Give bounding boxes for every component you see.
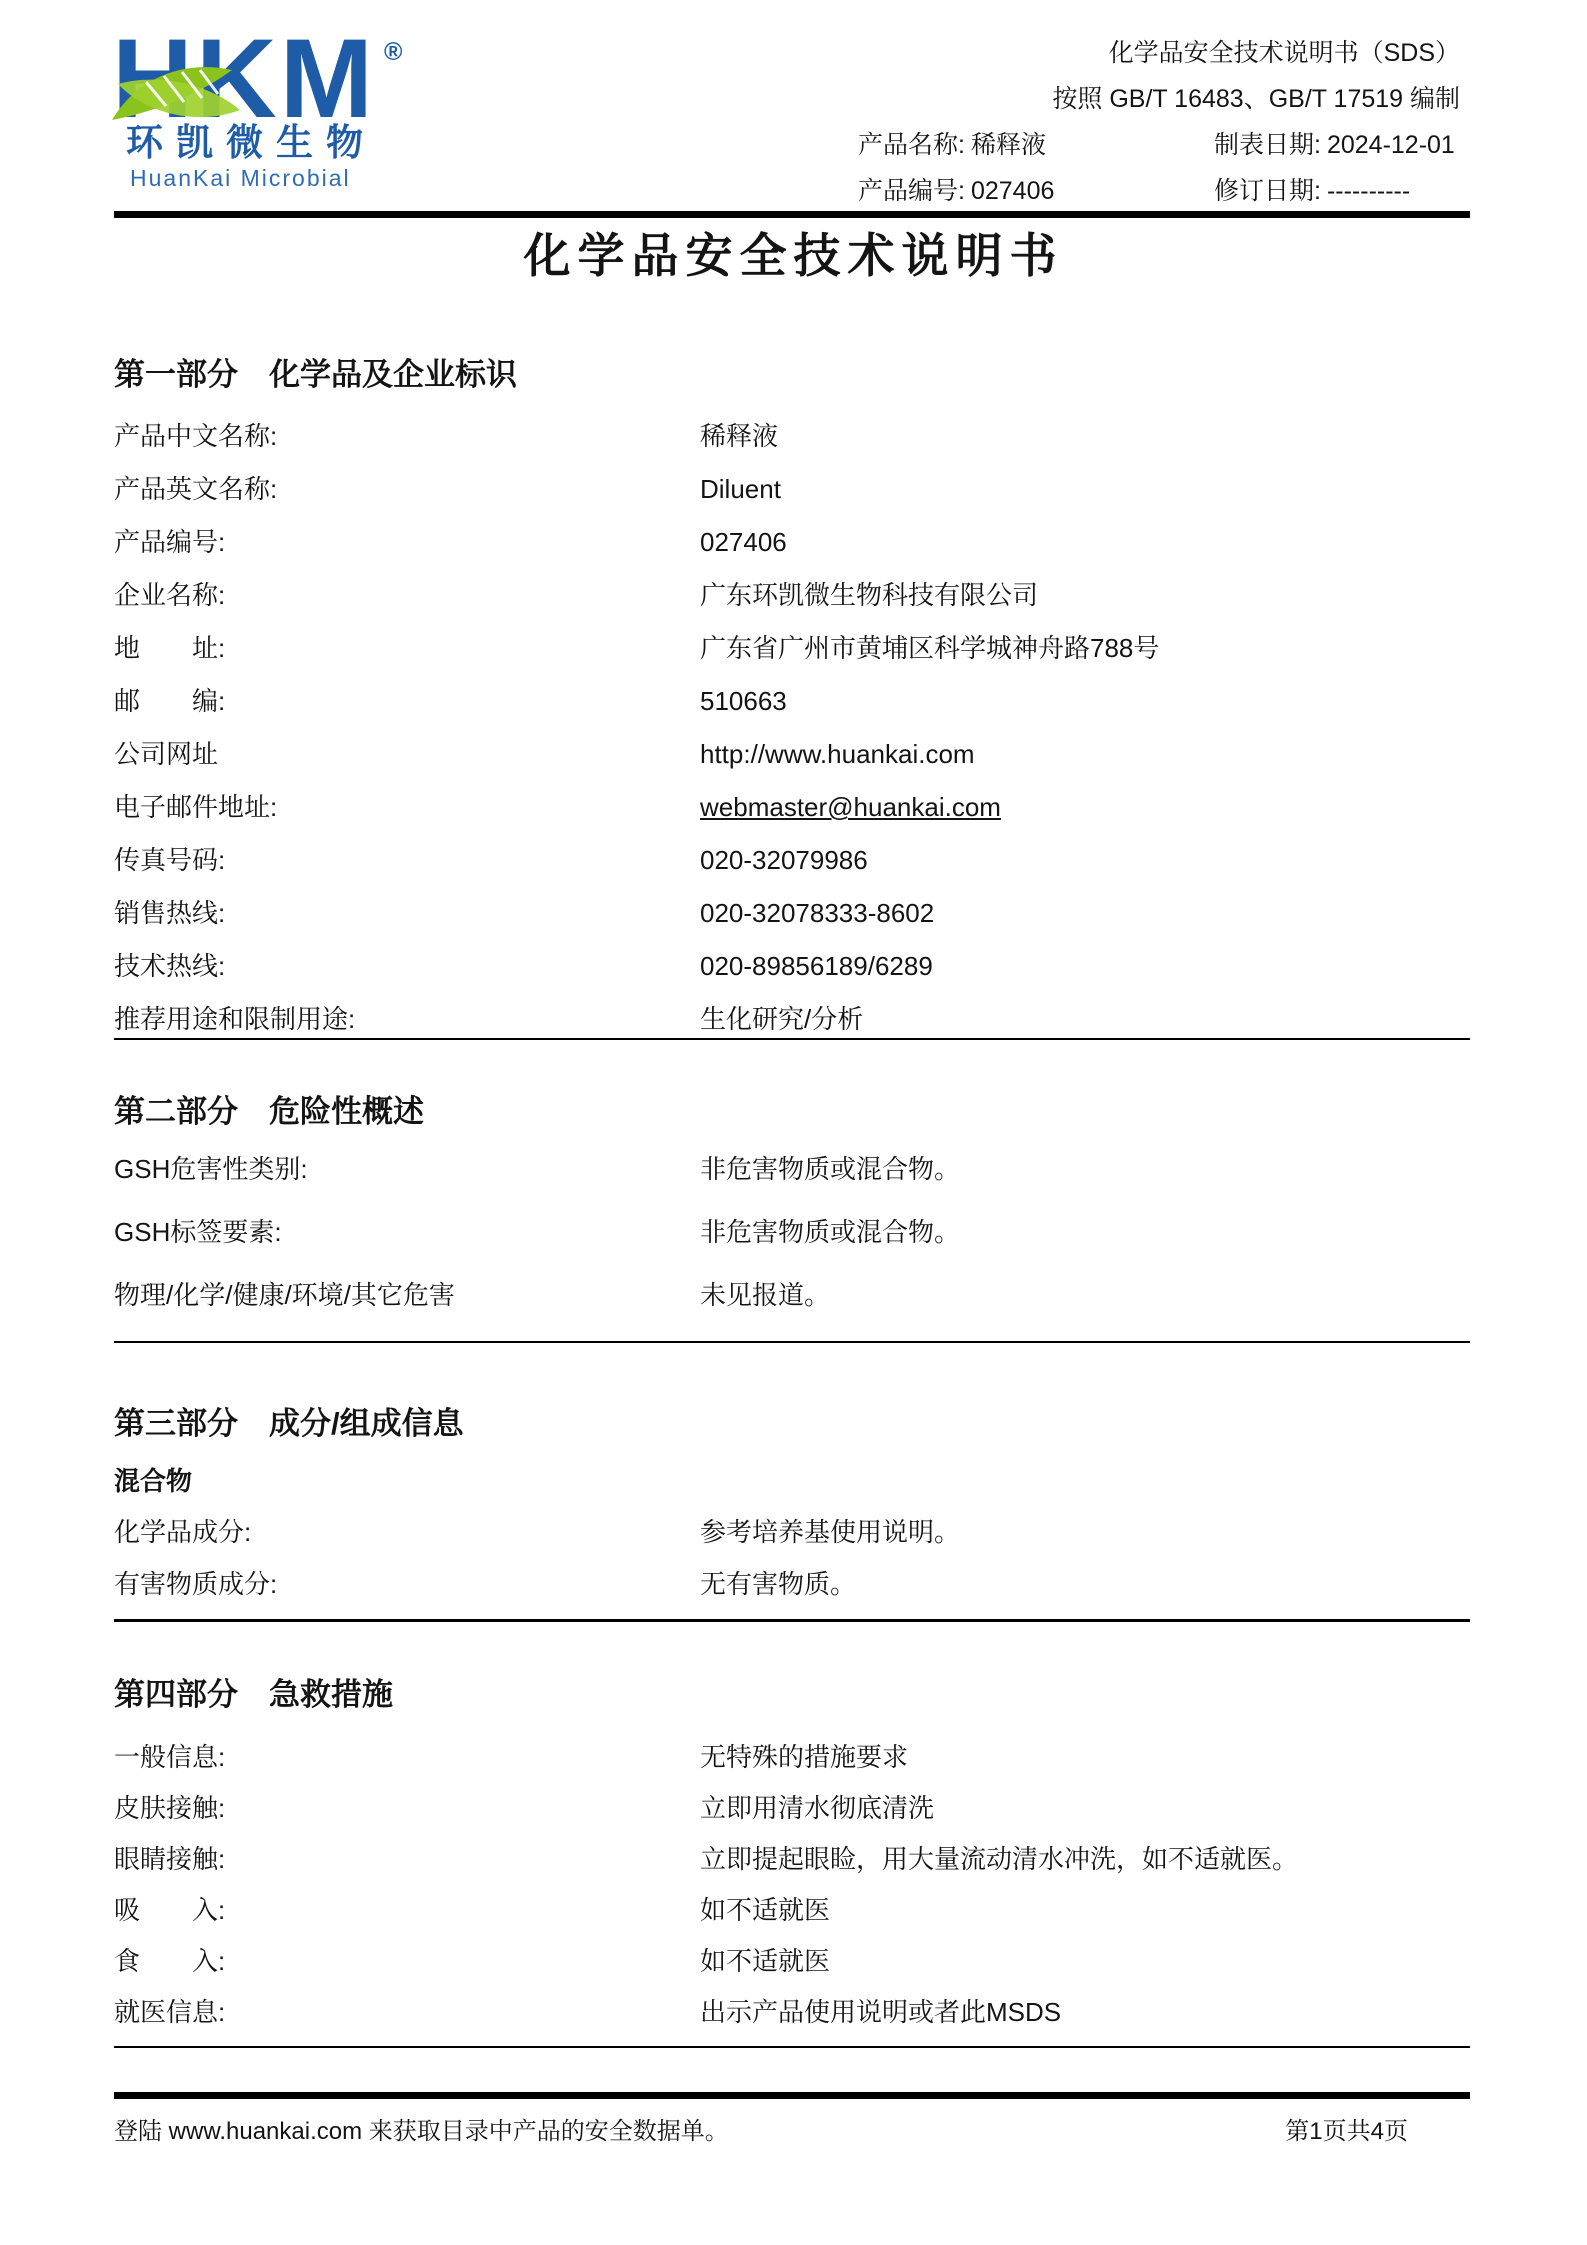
- field-value: 无特殊的措施要求: [700, 1740, 1470, 1774]
- product-name-label: 产品名称:: [858, 131, 965, 159]
- field-label: 企业名称:: [114, 578, 700, 612]
- field-row: 皮肤接触:立即用清水彻底清洗: [114, 1791, 1470, 1825]
- section-4: 第四部分 急救措施一般信息:无特殊的措施要求皮肤接触:立即用清水彻底清洗眼睛接触…: [114, 1676, 1470, 2048]
- field-value: Diluent: [700, 472, 1470, 506]
- field-value: 无有害物质。: [700, 1567, 1470, 1601]
- field-row: 食 入:如不适就医: [114, 1944, 1470, 1978]
- field-value: 立即用清水彻底清洗: [700, 1791, 1470, 1825]
- field-label: 有害物质成分:: [114, 1567, 700, 1601]
- field-row: 化学品成分:参考培养基使用说明。: [114, 1515, 1470, 1549]
- field-row: GSH标签要素:非危害物质或混合物。: [114, 1215, 1470, 1249]
- footer-divider: [114, 2092, 1470, 2099]
- field-row: 推荐用途和限制用途:生化研究/分析: [114, 1002, 1470, 1036]
- sds-document-page: HKM ® 环凯微生物 HuanKai Microbial 化学品安全技术说明书…: [0, 0, 1587, 2245]
- field-row: 电子邮件地址:webmaster@huankai.com: [114, 790, 1470, 824]
- section-heading: 第四部分 急救措施: [114, 1676, 1470, 1714]
- field-value: 如不适就医: [700, 1893, 1470, 1927]
- field-row: 产品编号:027406: [114, 525, 1470, 559]
- product-code-line: 产品编号:027406 修订日期:----------: [858, 168, 1460, 214]
- field-row: 企业名称:广东环凯微生物科技有限公司: [114, 578, 1470, 612]
- field-label: 产品编号:: [114, 525, 700, 559]
- field-label: 产品英文名称:: [114, 472, 700, 506]
- field-value: 参考培养基使用说明。: [700, 1515, 1470, 1549]
- field-value: 020-32079986: [700, 843, 1470, 877]
- section-divider: [114, 1341, 1470, 1343]
- field-row: 邮 编:510663: [114, 684, 1470, 718]
- section-subheading: 混合物: [114, 1464, 1470, 1498]
- field-row: 产品英文名称:Diluent: [114, 472, 1470, 506]
- section-heading: 第二部分 危险性概述: [114, 1093, 1470, 1131]
- field-label: 化学品成分:: [114, 1515, 700, 1549]
- field-row: 地 址:广东省广州市黄埔区科学城神舟路788号: [114, 631, 1470, 665]
- field-label: 传真号码:: [114, 843, 700, 877]
- field-row: GSH危害性类别:非危害物质或混合物。: [114, 1152, 1470, 1186]
- field-label: GSH标签要素:: [114, 1215, 700, 1249]
- field-row: 传真号码:020-32079986: [114, 843, 1470, 877]
- field-value: 非危害物质或混合物。: [700, 1215, 1470, 1249]
- field-label: 公司网址: [114, 737, 700, 771]
- field-row: 产品中文名称:稀释液: [114, 419, 1470, 453]
- field-value: 立即提起眼睑，用大量流动清水冲洗，如不适就医。: [700, 1842, 1470, 1876]
- table-date-label: 制表日期:: [1214, 131, 1321, 159]
- field-label: 产品中文名称:: [114, 419, 700, 453]
- revision-date-label: 修订日期:: [1214, 177, 1321, 205]
- header-meta-block: 化学品安全技术说明书（SDS） 按照 GB/T 16483、GB/T 17519…: [858, 30, 1460, 214]
- field-value: 020-32078333-8602: [700, 896, 1470, 930]
- field-label: 电子邮件地址:: [114, 790, 700, 824]
- page-indicator: 第1页共4页: [1285, 2112, 1470, 2152]
- field-row: 有害物质成分:无有害物质。: [114, 1567, 1470, 1601]
- revision-date-cell: 修订日期:----------: [1214, 168, 1460, 214]
- company-logo: HKM ® 环凯微生物 HuanKai Microbial: [100, 30, 400, 190]
- registered-trademark-icon: ®: [384, 38, 402, 67]
- field-label: 皮肤接触:: [114, 1791, 700, 1825]
- section-3: 第三部分 成分/组成信息混合物化学品成分:参考培养基使用说明。有害物质成分:无有…: [114, 1405, 1470, 1622]
- field-row: 销售热线:020-32078333-8602: [114, 896, 1470, 930]
- field-value: 未见报道。: [700, 1278, 1470, 1312]
- field-row: 一般信息:无特殊的措施要求: [114, 1740, 1470, 1774]
- section-heading: 第一部分 化学品及企业标识: [114, 356, 1470, 394]
- field-label: 一般信息:: [114, 1740, 700, 1774]
- field-value: 非危害物质或混合物。: [700, 1152, 1470, 1186]
- email-link[interactable]: webmaster@huankai.com: [700, 790, 1470, 824]
- footer-note: 登陆 www.huankai.com 来获取目录中产品的安全数据单。: [114, 2112, 729, 2152]
- field-rows: GSH危害性类别:非危害物质或混合物。GSH标签要素:非危害物质或混合物。物理/…: [114, 1152, 1470, 1312]
- product-code-cell: 产品编号:027406: [858, 168, 1214, 214]
- document-body: 第一部分 化学品及企业标识产品中文名称:稀释液产品英文名称:Diluent产品编…: [114, 356, 1470, 2048]
- document-title: 化学品安全技术说明书: [0, 228, 1587, 284]
- field-value: 出示产品使用说明或者此MSDS: [700, 1995, 1470, 2029]
- field-value: http://www.huankai.com: [700, 737, 1470, 771]
- field-label: 推荐用途和限制用途:: [114, 1002, 700, 1036]
- product-name-cell: 产品名称:稀释液: [858, 122, 1214, 168]
- logo-company-name-cn: 环凯微生物: [126, 124, 376, 161]
- field-value: 广东环凯微生物科技有限公司: [700, 578, 1470, 612]
- field-label: GSH危害性类别:: [114, 1152, 700, 1186]
- section-divider: [114, 2046, 1470, 2048]
- field-value: 510663: [700, 684, 1470, 718]
- field-row: 就医信息:出示产品使用说明或者此MSDS: [114, 1995, 1470, 2029]
- field-row: 公司网址http://www.huankai.com: [114, 737, 1470, 771]
- field-rows: 一般信息:无特殊的措施要求皮肤接触:立即用清水彻底清洗眼睛接触:立即提起眼睑，用…: [114, 1740, 1470, 2029]
- field-label: 邮 编:: [114, 684, 700, 718]
- field-row: 物理/化学/健康/环境/其它危害未见报道。: [114, 1278, 1470, 1312]
- product-name-value: 稀释液: [971, 131, 1046, 159]
- revision-date-value: ----------: [1327, 177, 1410, 205]
- field-value: 广东省广州市黄埔区科学城神舟路788号: [700, 631, 1470, 665]
- field-row: 技术热线:020-89856189/6289: [114, 949, 1470, 983]
- table-date-cell: 制表日期:2024-12-01: [1214, 122, 1460, 168]
- section-heading: 第三部分 成分/组成信息: [114, 1405, 1470, 1443]
- section-divider: [114, 1038, 1470, 1040]
- product-code-value: 027406: [971, 177, 1054, 205]
- field-value: 稀释液: [700, 419, 1470, 453]
- section-divider: [114, 1619, 1470, 1622]
- field-label: 地 址:: [114, 631, 700, 665]
- section-2: 第二部分 危险性概述GSH危害性类别:非危害物质或混合物。GSH标签要素:非危害…: [114, 1093, 1470, 1343]
- field-row: 眼睛接触:立即提起眼睑，用大量流动清水冲洗，如不适就医。: [114, 1842, 1470, 1876]
- field-value: 027406: [700, 525, 1470, 559]
- product-code-label: 产品编号:: [858, 177, 965, 205]
- field-label: 物理/化学/健康/环境/其它危害: [114, 1278, 700, 1312]
- standards-line: 按照 GB/T 16483、GB/T 17519 编制: [858, 76, 1460, 122]
- table-date-value: 2024-12-01: [1327, 131, 1455, 159]
- field-value: 020-89856189/6289: [700, 949, 1470, 983]
- field-label: 食 入:: [114, 1944, 700, 1978]
- logo-company-name-en: HuanKai Microbial: [130, 167, 351, 190]
- document-footer: 登陆 www.huankai.com 来获取目录中产品的安全数据单。 第1页共4…: [114, 2112, 1470, 2152]
- field-label: 就医信息:: [114, 1995, 700, 2029]
- field-label: 技术热线:: [114, 949, 700, 983]
- field-rows: 化学品成分:参考培养基使用说明。有害物质成分:无有害物质。: [114, 1515, 1470, 1601]
- field-value: 生化研究/分析: [700, 1002, 1470, 1036]
- field-label: 销售热线:: [114, 896, 700, 930]
- section-1: 第一部分 化学品及企业标识产品中文名称:稀释液产品英文名称:Diluent产品编…: [114, 356, 1470, 1040]
- field-rows: 产品中文名称:稀释液产品英文名称:Diluent产品编号:027406企业名称:…: [114, 419, 1470, 1036]
- field-label: 眼睛接触:: [114, 1842, 700, 1876]
- header-divider: [114, 211, 1470, 218]
- field-value: 如不适就医: [700, 1944, 1470, 1978]
- doc-type-line: 化学品安全技术说明书（SDS）: [858, 30, 1460, 76]
- field-label: 吸 入:: [114, 1893, 700, 1927]
- field-row: 吸 入:如不适就医: [114, 1893, 1470, 1927]
- product-name-line: 产品名称:稀释液 制表日期:2024-12-01: [858, 122, 1460, 168]
